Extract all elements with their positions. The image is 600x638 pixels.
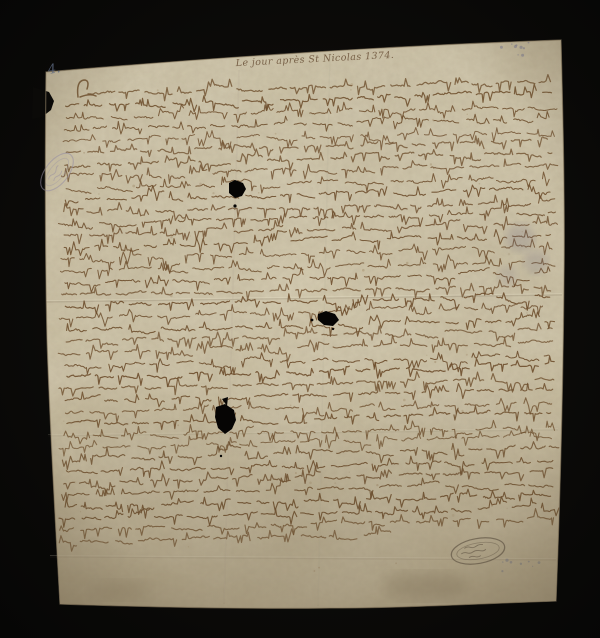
charter-photograph: Le jour après St Nicolas 1374. 4.: [0, 0, 600, 638]
parchment: [0, 0, 600, 638]
